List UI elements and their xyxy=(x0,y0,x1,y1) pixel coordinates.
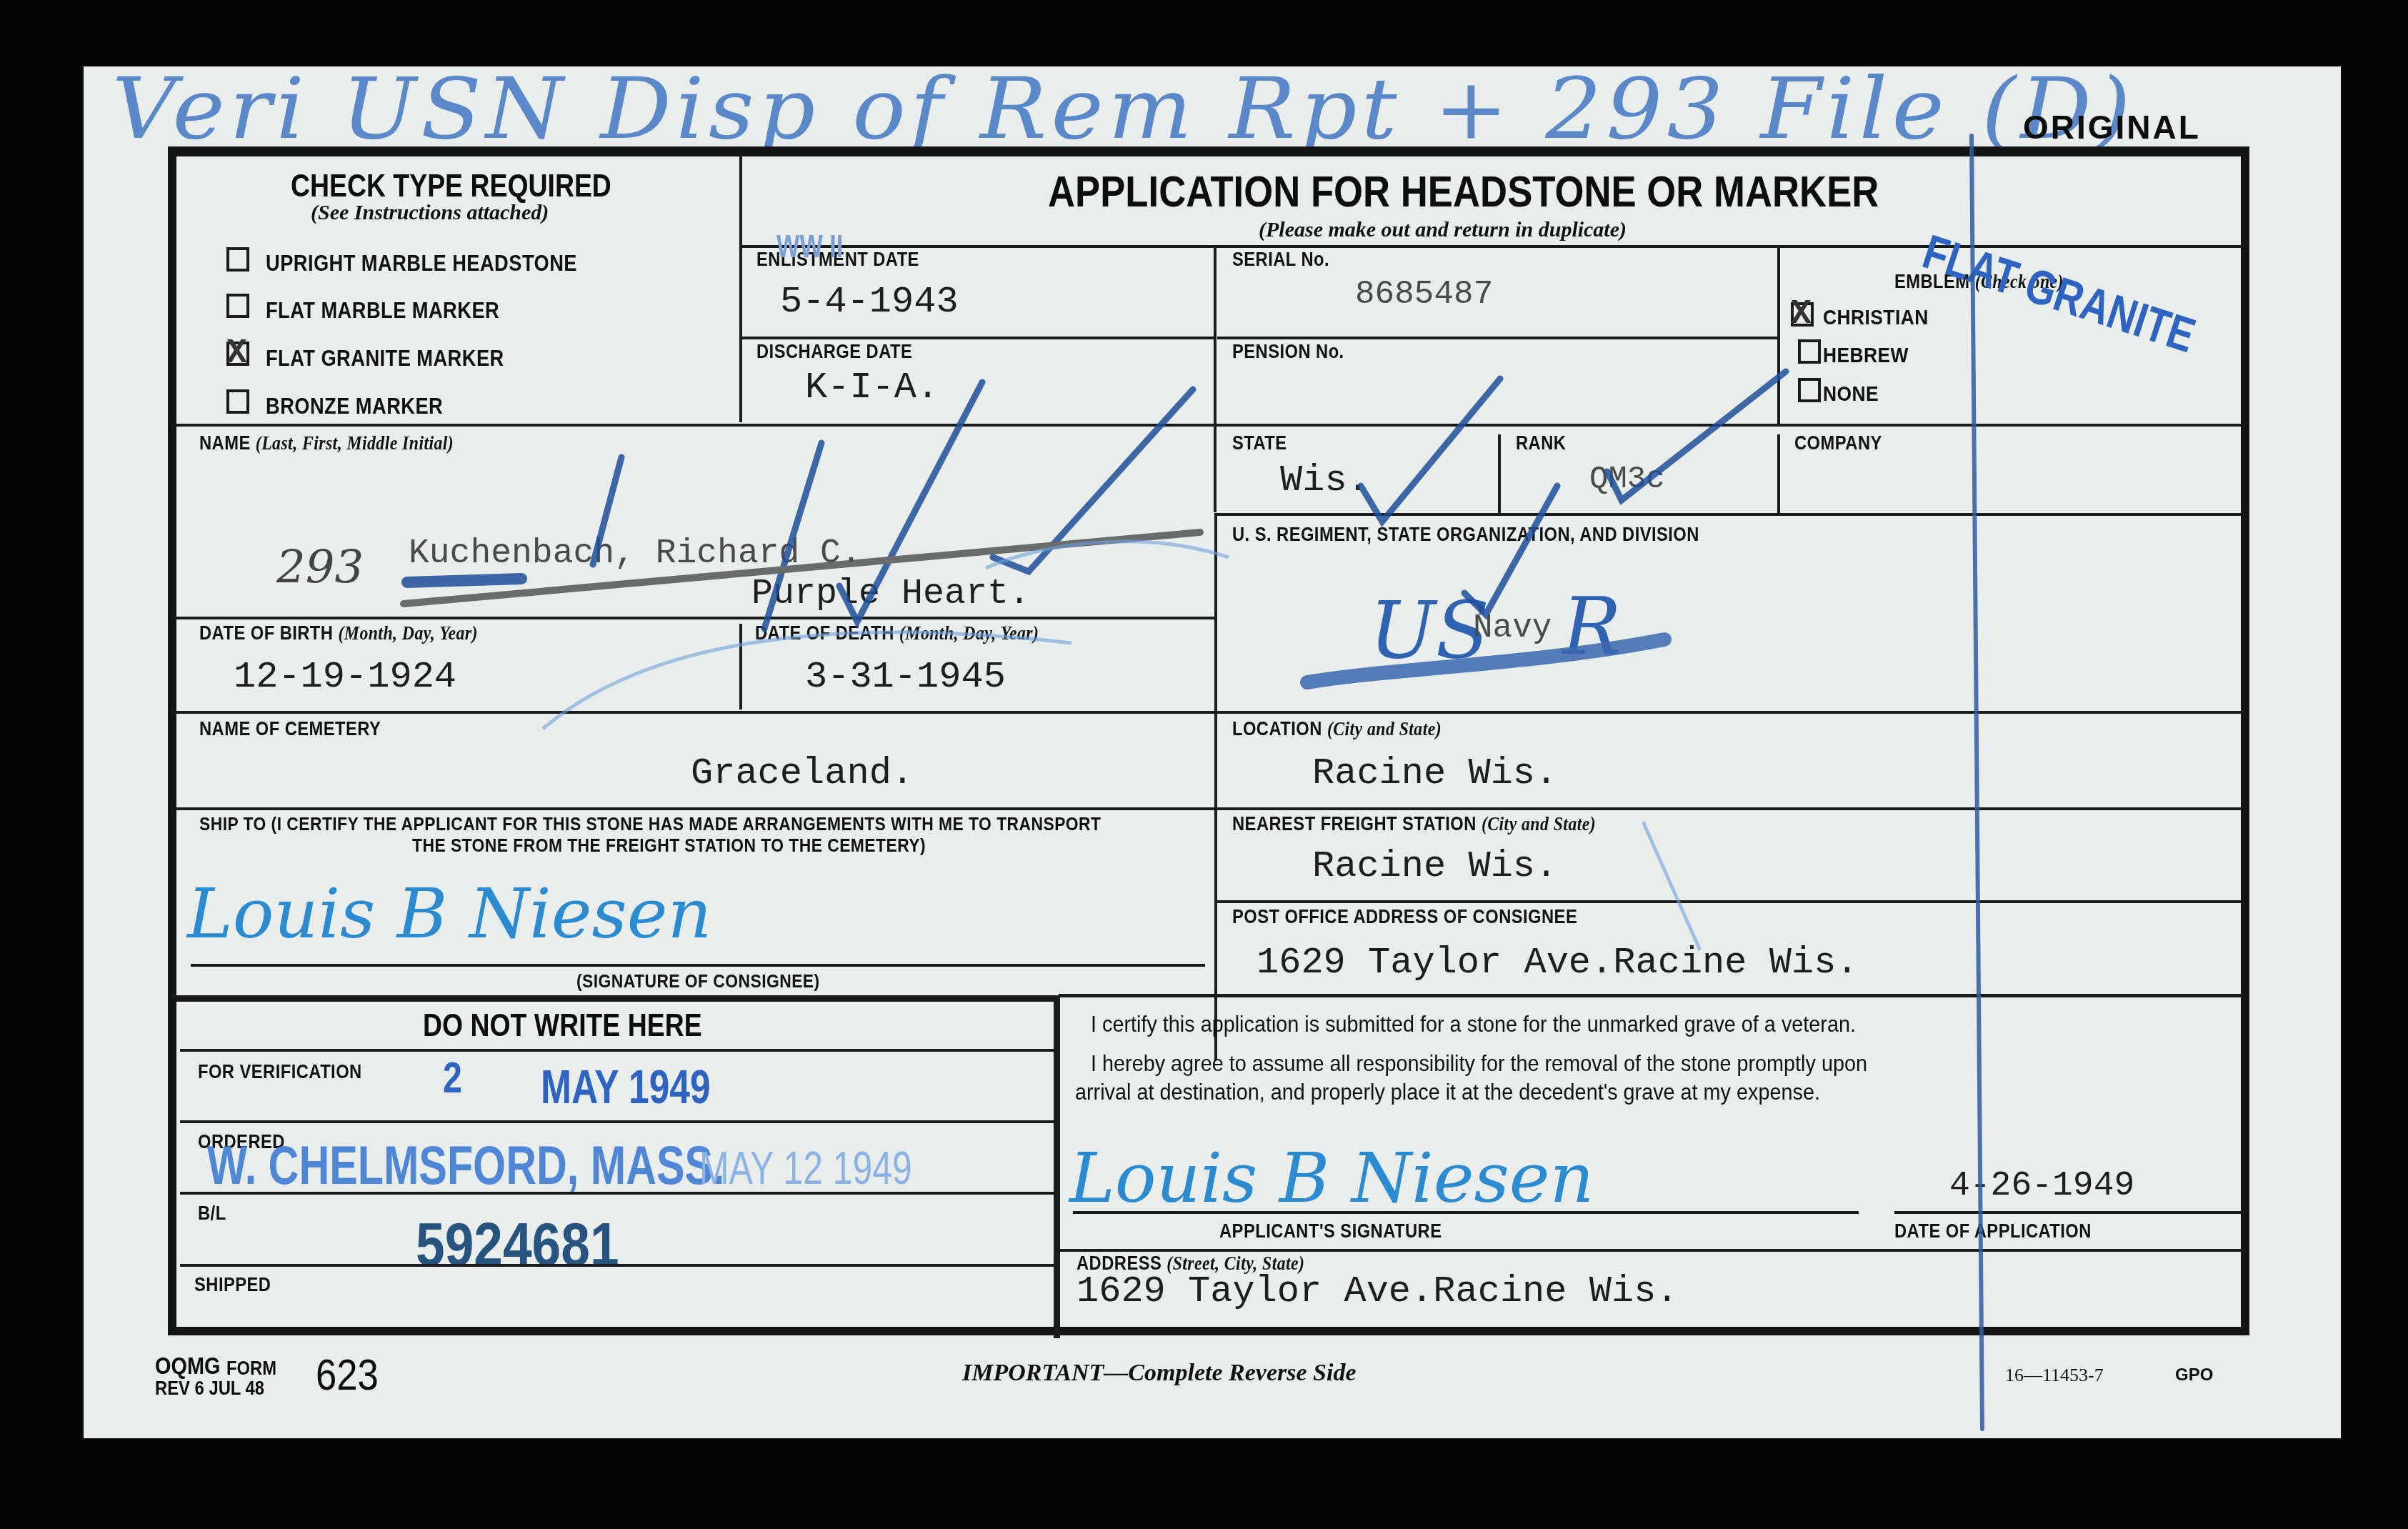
footer-print-code: 16—11453-7 xyxy=(2005,1365,2104,1386)
cemetery-label: NAME OF CEMETERY xyxy=(199,718,381,740)
rule xyxy=(1217,711,2241,714)
ship-to-note-2: THE STONE FROM THE FREIGHT STATION TO TH… xyxy=(412,835,926,857)
rule xyxy=(176,807,1214,810)
checkbox-emblem-christian[interactable] xyxy=(1791,302,1814,327)
consignee-address-label: POST OFFICE ADDRESS OF CONSIGNEE xyxy=(1232,906,1577,928)
regiment-label: U. S. REGIMENT, STATE ORGANIZATION, AND … xyxy=(1232,524,1699,546)
cemetery-value[interactable]: Graceland. xyxy=(691,752,914,795)
rule xyxy=(1217,807,2241,810)
certification-line-2b: arrival at destination, and properly pla… xyxy=(1075,1079,1820,1105)
rule xyxy=(191,964,1205,967)
divider xyxy=(1777,246,1780,427)
option-upright-marble-headstone: UPRIGHT MARBLE HEADSTONE xyxy=(266,251,577,277)
form-number: 623 xyxy=(316,1350,379,1400)
rank-label: RANK xyxy=(1516,432,1566,454)
rank-value[interactable]: QM3c xyxy=(1589,462,1665,497)
emblem-none-label: NONE xyxy=(1823,382,1879,407)
emblem-hebrew-label: HEBREW xyxy=(1823,344,1909,368)
checkbox-emblem-none[interactable] xyxy=(1798,378,1821,402)
regiment-r-annotation: R xyxy=(1562,581,1622,672)
company-label: COMPANY xyxy=(1794,432,1882,454)
rule xyxy=(742,337,1214,339)
freight-station-value[interactable]: Racine Wis. xyxy=(1312,845,1557,887)
rule xyxy=(176,424,1778,427)
form-paper: Veri USN Disp of Rem Rpt + 293 File (D) … xyxy=(84,66,2341,1438)
location-value[interactable]: Racine Wis. xyxy=(1312,752,1557,795)
rule xyxy=(1217,337,1777,339)
footer-printer: GPO xyxy=(2175,1365,2213,1385)
divider xyxy=(1214,513,1217,1060)
date-of-birth-label: DATE OF BIRTH (Month, Day, Year) xyxy=(199,622,478,644)
application-date-value[interactable]: 4-26-1949 xyxy=(1949,1167,2134,1205)
freight-label-note: (City and State) xyxy=(1482,813,1596,835)
office-use-heading: DO NOT WRITE HERE xyxy=(423,1008,702,1044)
handwritten-header-note: Veri USN Disp of Rem Rpt + 293 File (D) xyxy=(112,59,2135,158)
rule xyxy=(1060,1249,2246,1252)
certification-line-2a: I hereby agree to assume all responsibil… xyxy=(1091,1050,1867,1077)
rule xyxy=(180,1049,1055,1052)
verification-stamp-day: 2 xyxy=(443,1052,462,1103)
bl-label: B/L xyxy=(198,1202,226,1225)
divider xyxy=(1777,434,1780,513)
certification-line-1: I certify this application is submitted … xyxy=(1091,1011,1856,1037)
rule xyxy=(1217,513,2241,516)
form-subtitle: (Please make out and return in duplicate… xyxy=(1259,218,1627,242)
name-label-note: (Last, First, Middle Initial) xyxy=(256,432,454,454)
dob-label-text: DATE OF BIRTH xyxy=(199,622,333,644)
freight-label-text: NEAREST FREIGHT STATION xyxy=(1232,813,1477,835)
regiment-value[interactable]: Navy xyxy=(1473,609,1552,647)
applicant-signature-label: APPLICANT'S SIGNATURE xyxy=(1219,1220,1442,1242)
applicant-address-value[interactable]: 1629 Taylor Ave.Racine Wis. xyxy=(1076,1270,1679,1313)
consignee-address-value[interactable]: 1629 Taylor Ave.Racine Wis. xyxy=(1257,942,1859,984)
option-flat-marble-marker: FLAT MARBLE MARKER xyxy=(266,298,499,324)
state-label: STATE xyxy=(1232,432,1287,454)
rule xyxy=(176,617,1214,619)
rule xyxy=(742,245,2242,248)
serial-no-value[interactable]: 8685487 xyxy=(1355,276,1493,313)
form-title: APPLICATION FOR HEADSTONE OR MARKER xyxy=(1048,166,1879,217)
rule xyxy=(1894,1211,2244,1214)
divider xyxy=(1498,434,1501,513)
name-file-annotation: 293 xyxy=(276,542,364,594)
checkbox-flat-marble-marker[interactable] xyxy=(226,294,249,318)
rule xyxy=(1780,424,2241,427)
checkbox-upright-marble-headstone[interactable] xyxy=(226,247,249,272)
consignee-signature: Louis B Niesen xyxy=(187,874,711,954)
location-label: LOCATION (City and State) xyxy=(1232,718,1442,740)
name-value[interactable]: Kuchenbach, Richard C. xyxy=(409,534,861,573)
verification-stamp-date: MAY 1949 xyxy=(541,1060,711,1114)
footer-important: IMPORTANT—Complete Reverse Side xyxy=(962,1360,1357,1387)
location-label-note: (City and State) xyxy=(1327,718,1442,739)
check-type-subheading: (See Instructions attached) xyxy=(311,201,549,225)
copy-label: ORIGINAL xyxy=(2023,108,2201,146)
check-type-heading: CHECK TYPE REQUIRED xyxy=(291,169,611,204)
bl-number: 5924681 xyxy=(416,1210,619,1280)
name-label-text: NAME xyxy=(199,432,251,454)
ordered-stamp-location: W. CHELMSFORD, MASS. xyxy=(207,1135,725,1197)
location-label-text: LOCATION xyxy=(1232,718,1322,739)
discharge-date-value[interactable]: K-I-A. xyxy=(805,367,939,409)
regiment-us-annotation: US xyxy=(1369,584,1489,676)
checkbox-bronze-marker[interactable] xyxy=(226,389,249,414)
pension-no-label: PENSION No. xyxy=(1232,341,1344,363)
dob-label-note: (Month, Day, Year) xyxy=(338,622,477,644)
rule xyxy=(180,1120,1055,1123)
ww2-annotation: WW II xyxy=(776,229,843,265)
divider xyxy=(739,624,742,709)
rule xyxy=(1217,900,2241,903)
divider xyxy=(1214,246,1217,512)
rule xyxy=(1073,1211,1859,1214)
date-of-birth-value[interactable]: 12-19-1924 xyxy=(234,656,456,698)
checkbox-flat-granite-marker[interactable] xyxy=(226,342,249,366)
application-date-label: DATE OF APPLICATION xyxy=(1894,1220,2092,1242)
freight-station-label: NEAREST FREIGHT STATION (City and State) xyxy=(1232,813,1596,835)
state-value[interactable]: Wis. xyxy=(1280,459,1369,502)
option-bronze-marker: BRONZE MARKER xyxy=(266,394,443,419)
rule xyxy=(1059,994,2244,997)
date-of-death-label: DATE OF DEATH (Month, Day, Year) xyxy=(755,622,1039,644)
date-of-death-value[interactable]: 3-31-1945 xyxy=(805,656,1006,698)
rule xyxy=(180,1264,1055,1267)
name-extra-purple-heart: Purple Heart. xyxy=(751,574,1030,614)
checkbox-emblem-hebrew[interactable] xyxy=(1798,339,1821,364)
name-label: NAME (Last, First, Middle Initial) xyxy=(199,432,454,454)
ordered-stamp-date: MAY 12 1949 xyxy=(699,1142,912,1195)
rule xyxy=(176,711,1214,714)
verification-label: FOR VERIFICATION xyxy=(198,1061,362,1083)
ship-to-note: (I CERTIFY THE APPLICANT FOR THIS STONE … xyxy=(271,813,1101,835)
dod-label-note: (Month, Day, Year) xyxy=(899,622,1039,644)
discharge-date-label: DISCHARGE DATE xyxy=(756,341,912,363)
ship-to-label-text: SHIP TO xyxy=(199,813,266,835)
rule xyxy=(180,1192,1055,1195)
consignee-signature-caption: (SIGNATURE OF CONSIGNEE) xyxy=(576,970,820,992)
shipped-label: SHIPPED xyxy=(194,1274,271,1296)
applicant-signature: Louis B Niesen xyxy=(1069,1138,1594,1218)
form-revision: REV 6 JUL 48 xyxy=(155,1377,264,1400)
serial-no-label: SERIAL No. xyxy=(1232,249,1329,271)
enlistment-date-value[interactable]: 5-4-1943 xyxy=(780,281,959,323)
option-flat-granite-marker: FLAT GRANITE MARKER xyxy=(266,346,504,372)
emblem-christian-label: CHRISTIAN xyxy=(1823,306,1929,330)
divider xyxy=(739,154,742,422)
ship-to-label: SHIP TO (I CERTIFY THE APPLICANT FOR THI… xyxy=(199,813,1101,835)
dod-label-text: DATE OF DEATH xyxy=(755,622,894,644)
